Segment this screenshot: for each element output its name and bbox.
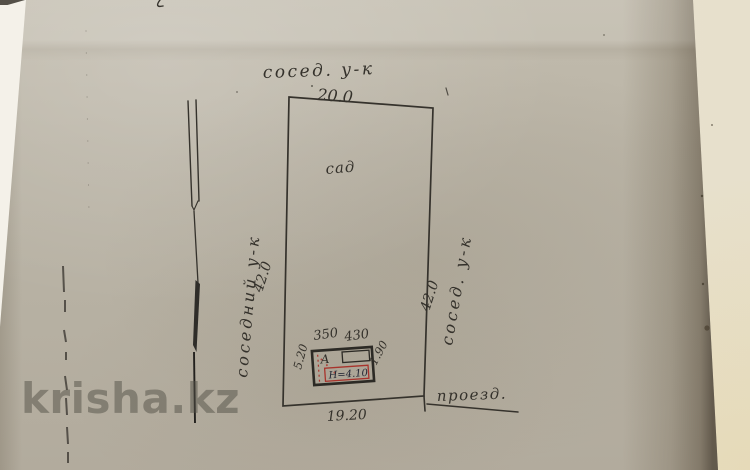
street-symbol-blade — [193, 280, 200, 352]
building-dim-right: 1.90 — [366, 338, 390, 367]
dim-bottom: 19.20 — [326, 407, 367, 425]
red-dashed-mark — [318, 355, 320, 383]
dim-top: 20.0 — [316, 85, 354, 107]
paper-crease-marks — [63, 266, 68, 463]
edge-blot — [704, 325, 709, 330]
building-letter: А — [319, 352, 330, 367]
building-height-mark: Н=4.10 — [327, 368, 369, 382]
dim-right: 42.0 — [417, 279, 442, 315]
building-outline: А Н=4.10 — [312, 347, 374, 385]
plot-right-edge-extension — [424, 396, 425, 411]
building-dim-top-left: 350 — [312, 326, 339, 344]
passage-line — [427, 404, 518, 412]
ink-speck — [311, 85, 313, 87]
building-dim-left: 5.20 — [290, 342, 310, 370]
krisha-watermark: krisha.kz — [21, 374, 240, 423]
label-garden: сад — [325, 157, 356, 178]
ink-speck — [603, 34, 605, 36]
faint-crease — [86, 30, 89, 215]
pen-mark-top — [158, 0, 163, 6]
ink-speck — [236, 91, 238, 93]
scanned-plot-plan-photo: А Н=4.10 350 430 5.20 1.90 сосед. у-к 20… — [0, 0, 750, 470]
edge-speck — [701, 195, 703, 197]
label-passage: проезд. — [437, 385, 508, 405]
edge-speck — [711, 124, 713, 126]
edge-speck — [702, 283, 704, 285]
label-top-neighbor: сосед. у-к — [262, 59, 374, 83]
label-left-neighbor: соседний у-к — [232, 234, 263, 379]
building-dim-top-right: 430 — [342, 327, 370, 345]
label-right-neighbor: сосед. у-к — [437, 234, 475, 347]
pen-tick-top-right — [446, 88, 448, 95]
